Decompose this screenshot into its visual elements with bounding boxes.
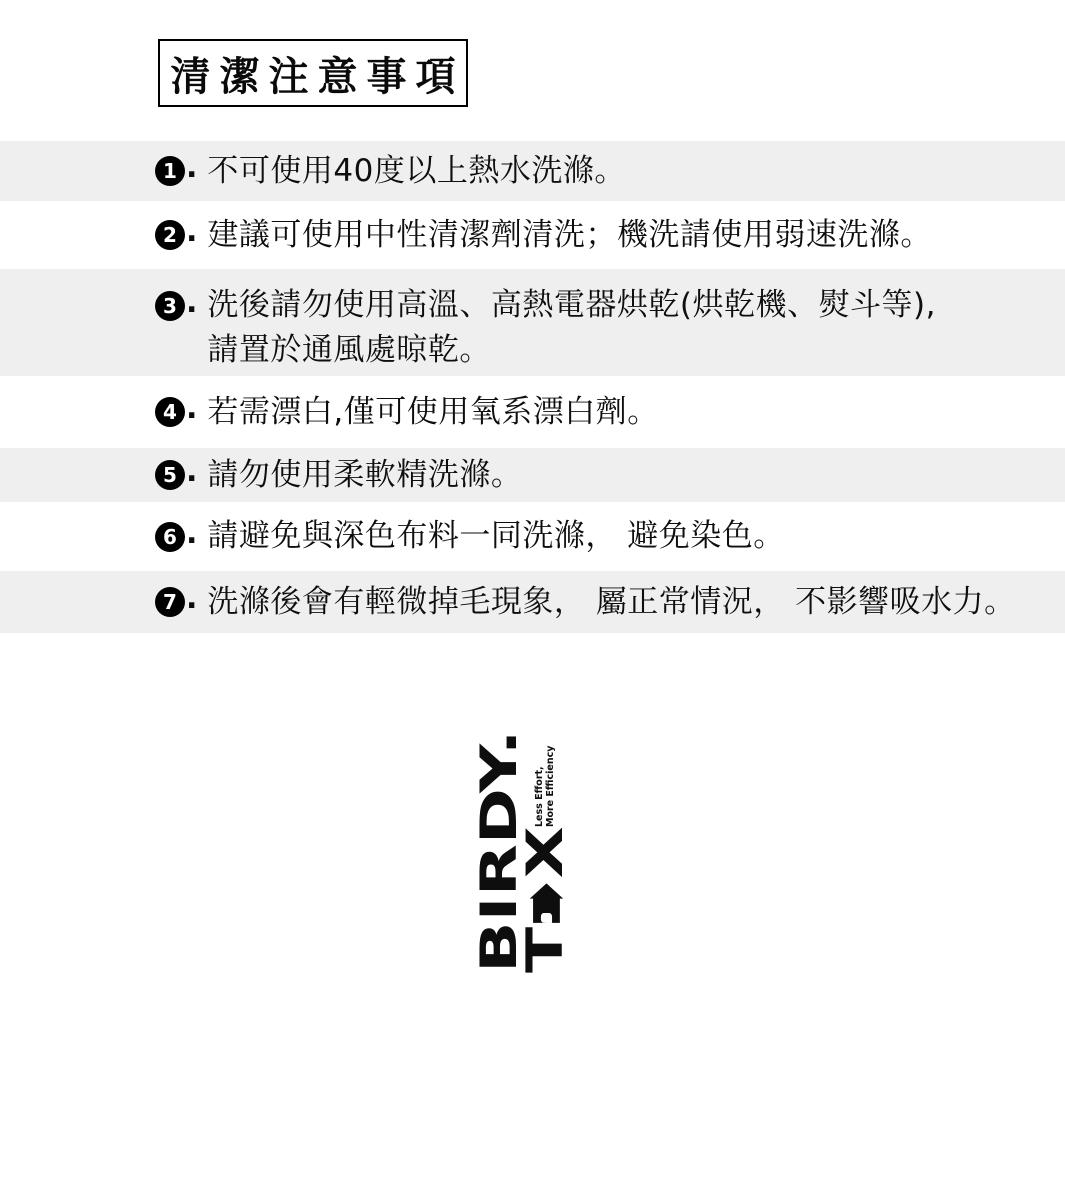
item-text: 不可使用40度以上熱水洗滌。 <box>207 149 625 194</box>
brand-logo: BIRDY. T X Less Effort, More Efficiency <box>482 745 578 973</box>
item-text: 建議可使用中性清潔劑清洗；機洗請使用弱速洗滌。 <box>207 213 932 258</box>
care-item-4: 4 . 若需漂白,僅可使用氧系漂白劑。 <box>0 376 1065 448</box>
item-text: 洗滌後會有輕微掉毛現象， 屬正常情況， 不影響吸水力。 <box>207 580 1015 625</box>
brand-wordmark-line2: T X <box>520 826 570 973</box>
item-number-suffix: . <box>186 217 197 247</box>
item-number-suffix: . <box>186 584 197 614</box>
item-number-badge: 7 <box>155 587 185 617</box>
care-item-6: 6 . 請避免與深色布料一同洗滌， 避免染色。 <box>0 502 1065 571</box>
brand-letter-x: X <box>520 826 570 878</box>
care-instruction-list: 1 . 不可使用40度以上熱水洗滌。 2 . 建議可使用中性清潔劑清洗；機洗請使… <box>0 141 1065 633</box>
brand-tagline: Less Effort, More Efficiency <box>534 746 557 827</box>
care-item-2: 2 . 建議可使用中性清潔劑清洗；機洗請使用弱速洗滌。 <box>0 201 1065 269</box>
item-number-badge: 5 <box>155 460 185 490</box>
care-item-3: 3 . 洗後請勿使用高溫、高熱電器烘乾(烘乾機、熨斗等), 請置於通風處晾乾。 <box>0 269 1065 376</box>
care-item-7: 7 . 洗滌後會有輕微掉毛現象， 屬正常情況， 不影響吸水力。 <box>0 571 1065 633</box>
item-text: 洗後請勿使用高溫、高熱電器烘乾(烘乾機、熨斗等), 請置於通風處晾乾。 <box>207 283 936 373</box>
item-number: 4 . <box>155 394 207 430</box>
item-number: 1 . <box>155 153 207 189</box>
item-number-badge: 3 <box>155 291 185 321</box>
brand-tagline-line2: More Efficiency <box>545 746 556 827</box>
item-number-badge: 4 <box>155 397 185 427</box>
page-title: 清潔注意事項 <box>162 45 465 102</box>
item-number: 2 . <box>155 217 207 253</box>
item-number: 7 . <box>155 584 207 620</box>
item-number-badge: 6 <box>155 522 185 552</box>
item-number: 6 . <box>155 519 207 555</box>
care-item-5: 5 . 請勿使用柔軟精洗滌。 <box>0 448 1065 502</box>
item-number-suffix: . <box>186 394 197 424</box>
item-number-suffix: . <box>186 519 197 549</box>
item-text: 若需漂白,僅可使用氧系漂白劑。 <box>207 390 658 435</box>
item-text: 請避免與深色布料一同洗滌， 避免染色。 <box>207 514 784 559</box>
item-number-suffix: . <box>186 153 197 183</box>
item-number-suffix: . <box>186 457 197 487</box>
item-number: 3 . <box>155 288 207 324</box>
item-number-suffix: . <box>186 288 197 318</box>
title-box: 清潔注意事項 <box>158 39 468 107</box>
brand-letter-t: T <box>520 927 570 973</box>
house-arrow-icon <box>530 883 563 923</box>
product-care-page: 清潔注意事項 1 . 不可使用40度以上熱水洗滌。 2 . 建議可使用中性清潔劑… <box>0 0 1065 1185</box>
item-number-badge: 2 <box>155 220 185 250</box>
item-number: 5 . <box>155 457 207 493</box>
care-item-1: 1 . 不可使用40度以上熱水洗滌。 <box>0 141 1065 201</box>
brand-tagline-line1: Less Effort, <box>534 746 545 827</box>
item-text: 請勿使用柔軟精洗滌。 <box>207 453 522 498</box>
item-number-badge: 1 <box>155 156 185 186</box>
